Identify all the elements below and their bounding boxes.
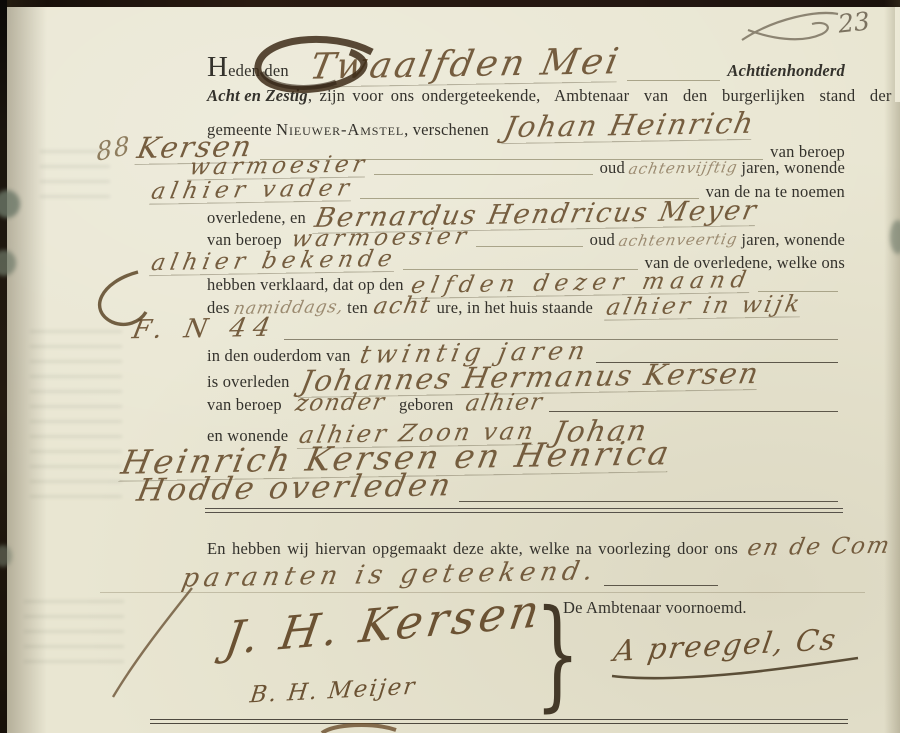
printed-text: Achttienhonderd — [727, 61, 845, 81]
bottom-double-rule — [150, 719, 848, 724]
printed-text: geboren — [399, 395, 454, 415]
printed-text: Heden den — [207, 51, 289, 84]
margin-act-number: 88 — [96, 130, 132, 167]
bleedthrough-text-ghost — [30, 330, 122, 500]
blank-rule — [549, 411, 838, 412]
printed-text: oud — [590, 230, 615, 250]
printed-text: van beroep — [207, 230, 282, 250]
act-line-closing-formula: En hebben wij hiervan opgemaakt deze akt… — [207, 534, 845, 560]
bleedthrough-text-ghost — [24, 600, 124, 670]
blank-rule — [627, 80, 721, 81]
blank-rule — [374, 174, 592, 175]
book-gutter-edge — [0, 0, 7, 733]
act-line-declarant1-occupation: warmoesier oud achtenvijftig jaren, wone… — [190, 153, 845, 179]
act-line-opening-date: Heden den Twaalfden Mei Achttienhonderd — [207, 44, 845, 85]
handwriting-occupation: zonder — [293, 389, 387, 417]
page-right-edge — [884, 0, 900, 733]
printed-text: hebben verklaard, dat op den — [207, 275, 404, 295]
paraph-scribble — [742, 13, 838, 40]
printed-text: , zijn voor ons ondergeteekende, Ambtena… — [308, 86, 892, 106]
handwriting-date: Twaalfden Mei — [306, 41, 624, 87]
official-title-label: De Ambtenaar voornoemd. — [563, 598, 747, 618]
signature-official: A preegel, Cs — [611, 622, 840, 668]
scan-top-edge — [0, 0, 900, 7]
handwriting-birthplace: alhier — [463, 389, 545, 416]
act-line-deceased-occupation: van beroep zonder geboren alhier — [207, 390, 845, 416]
bleedthrough-mark — [890, 220, 900, 254]
printed-text: En hebben wij hiervan opgemaakt deze akt… — [207, 539, 738, 559]
printed-text: jaren, wonende — [741, 230, 845, 250]
blank-rule — [604, 585, 718, 586]
printed-text: jaren, wonende — [741, 158, 845, 178]
handwriting-mother-surname-status: Hodde overleden — [134, 467, 456, 508]
handwriting-closing: en de Com — [745, 533, 893, 561]
next-act-flourish — [322, 725, 396, 733]
printed-text: is overleden — [207, 372, 290, 392]
printed-text: oud — [600, 158, 625, 178]
handwriting-age: achtenvijftig — [627, 158, 739, 178]
section-divider-rule — [205, 508, 843, 513]
printed-text: van beroep — [207, 395, 282, 415]
death-certificate-scan: 23 88 Heden den Twaalfden Mei Achttienho… — [0, 0, 900, 733]
act-line-closing-formula-2: paranten is geteekend. — [183, 560, 725, 590]
signature-declarant1: J. H. Kersen — [221, 584, 547, 666]
printed-text: Acht en Zestig — [207, 86, 308, 106]
page-edge-highlight — [895, 7, 900, 102]
blank-rule — [459, 501, 838, 502]
blank-rule — [476, 246, 582, 247]
signature-flourish-stroke — [113, 588, 192, 697]
corner-page-number: 23 — [837, 6, 872, 38]
signature-declarant2: B. H. Meijer — [249, 674, 418, 709]
act-line-mother-surname: Hodde overleden — [138, 470, 845, 506]
act-line-year: Acht en Zestig , zijn voor ons ondergete… — [207, 86, 845, 106]
